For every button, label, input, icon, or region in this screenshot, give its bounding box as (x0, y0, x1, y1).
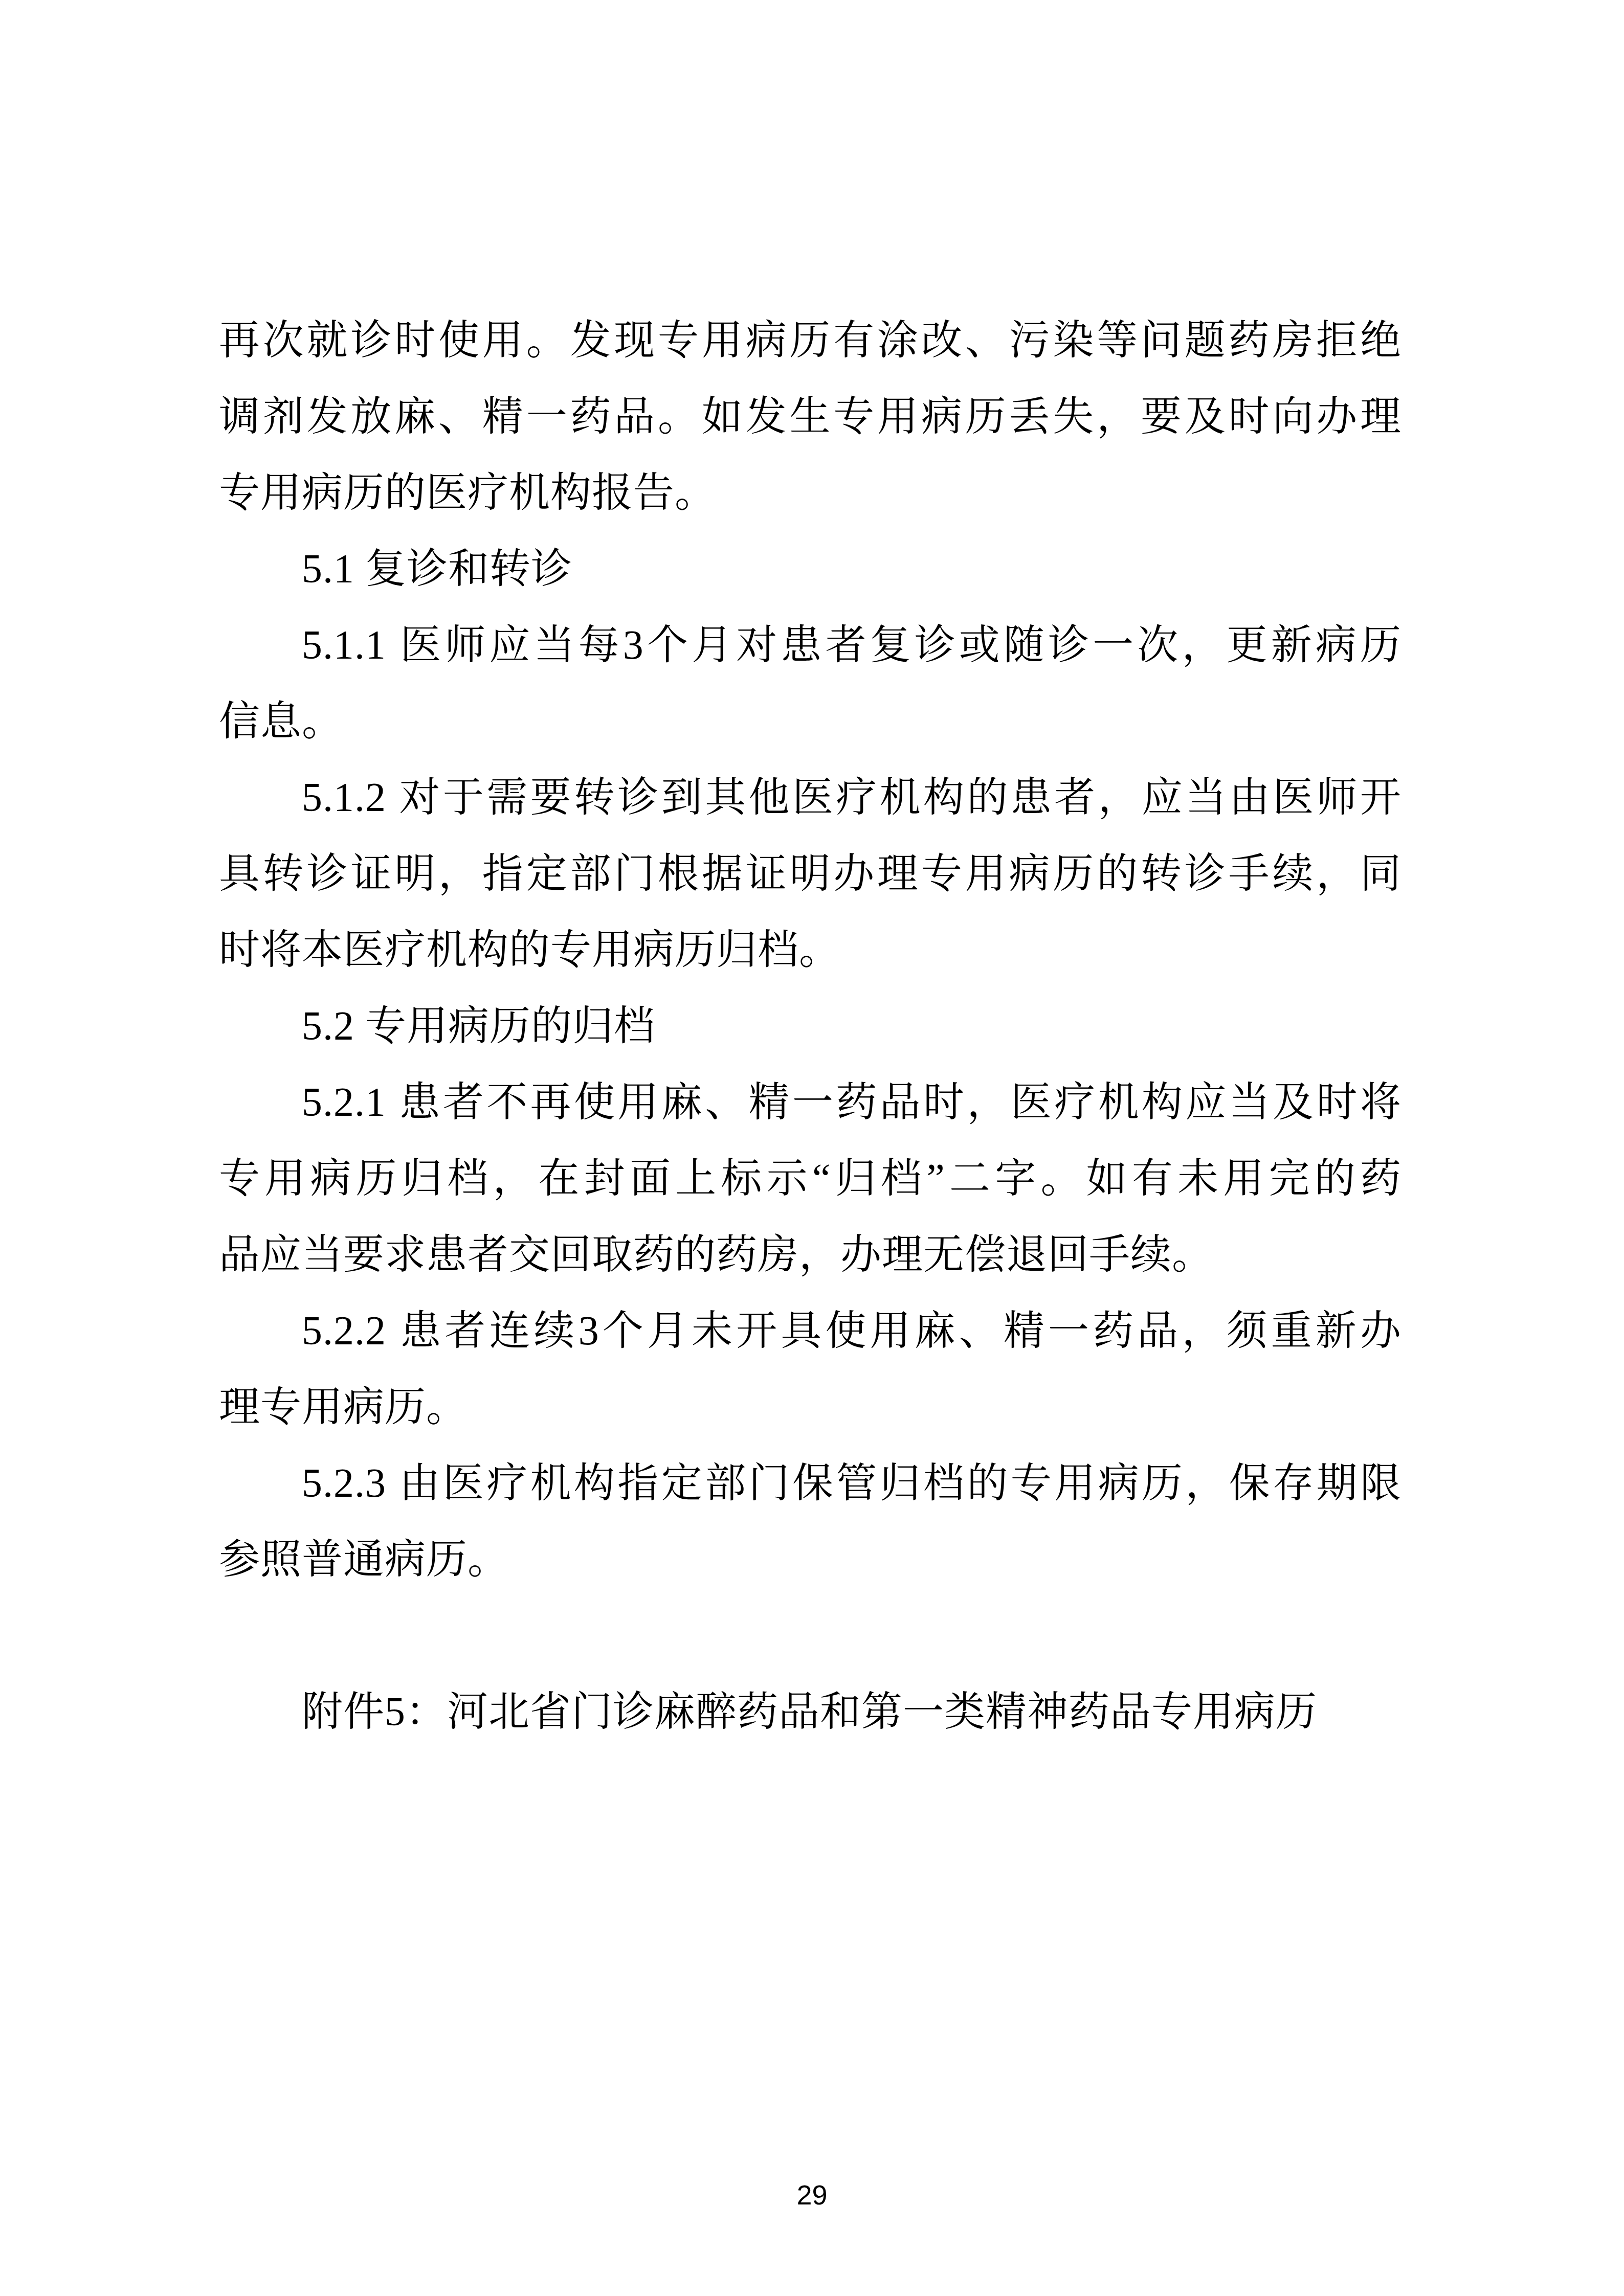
text-line: 5.2.2 患者连续3个月未开具使用麻、精一药品，须重新办 (219, 1293, 1401, 1369)
text-line: 信息。 (219, 684, 1401, 760)
text-line: 理专用病历。 (219, 1369, 1401, 1446)
text-line: 5.2.1 患者不再使用麻、精一药品时，医疗机构应当及时将 (219, 1065, 1401, 1141)
text-line: 调剂发放麻、精一药品。如发生专用病历丢失，要及时向办理 (219, 379, 1401, 455)
text-line: 时将本医疗机构的专用病历归档。 (219, 912, 1401, 988)
text-line: 专用病历归档，在封面上标示“归档”二字。如有未用完的药 (219, 1141, 1401, 1217)
document-body: 再次就诊时使用。发现专用病历有涂改、污染等问题药房拒绝调剂发放麻、精一药品。如发… (219, 303, 1401, 1750)
text-line: 品应当要求患者交回取药的药房，办理无偿退回手续。 (219, 1217, 1401, 1293)
text-line: 专用病历的医疗机构报告。 (219, 455, 1401, 531)
page-number: 29 (0, 2179, 1624, 2211)
text-line: 参照普通病历。 (219, 1522, 1401, 1598)
text-line: 附件5：河北省门诊麻醉药品和第一类精神药品专用病历 (219, 1674, 1401, 1750)
text-line: 5.1.1 医师应当每3个月对患者复诊或随诊一次，更新病历 (219, 607, 1401, 684)
document-page: 再次就诊时使用。发现专用病历有涂改、污染等问题药房拒绝调剂发放麻、精一药品。如发… (0, 0, 1624, 2296)
text-line: 5.2.3 由医疗机构指定部门保管归档的专用病历，保存期限 (219, 1446, 1401, 1522)
text-line: 具转诊证明，指定部门根据证明办理专用病历的转诊手续，同 (219, 836, 1401, 912)
blank-line (219, 1598, 1401, 1674)
text-line: 5.1.2 对于需要转诊到其他医疗机构的患者，应当由医师开 (219, 760, 1401, 836)
text-line: 再次就诊时使用。发现专用病历有涂改、污染等问题药房拒绝 (219, 303, 1401, 379)
text-line: 5.1 复诊和转诊 (219, 531, 1401, 607)
text-line: 5.2 专用病历的归档 (219, 988, 1401, 1065)
